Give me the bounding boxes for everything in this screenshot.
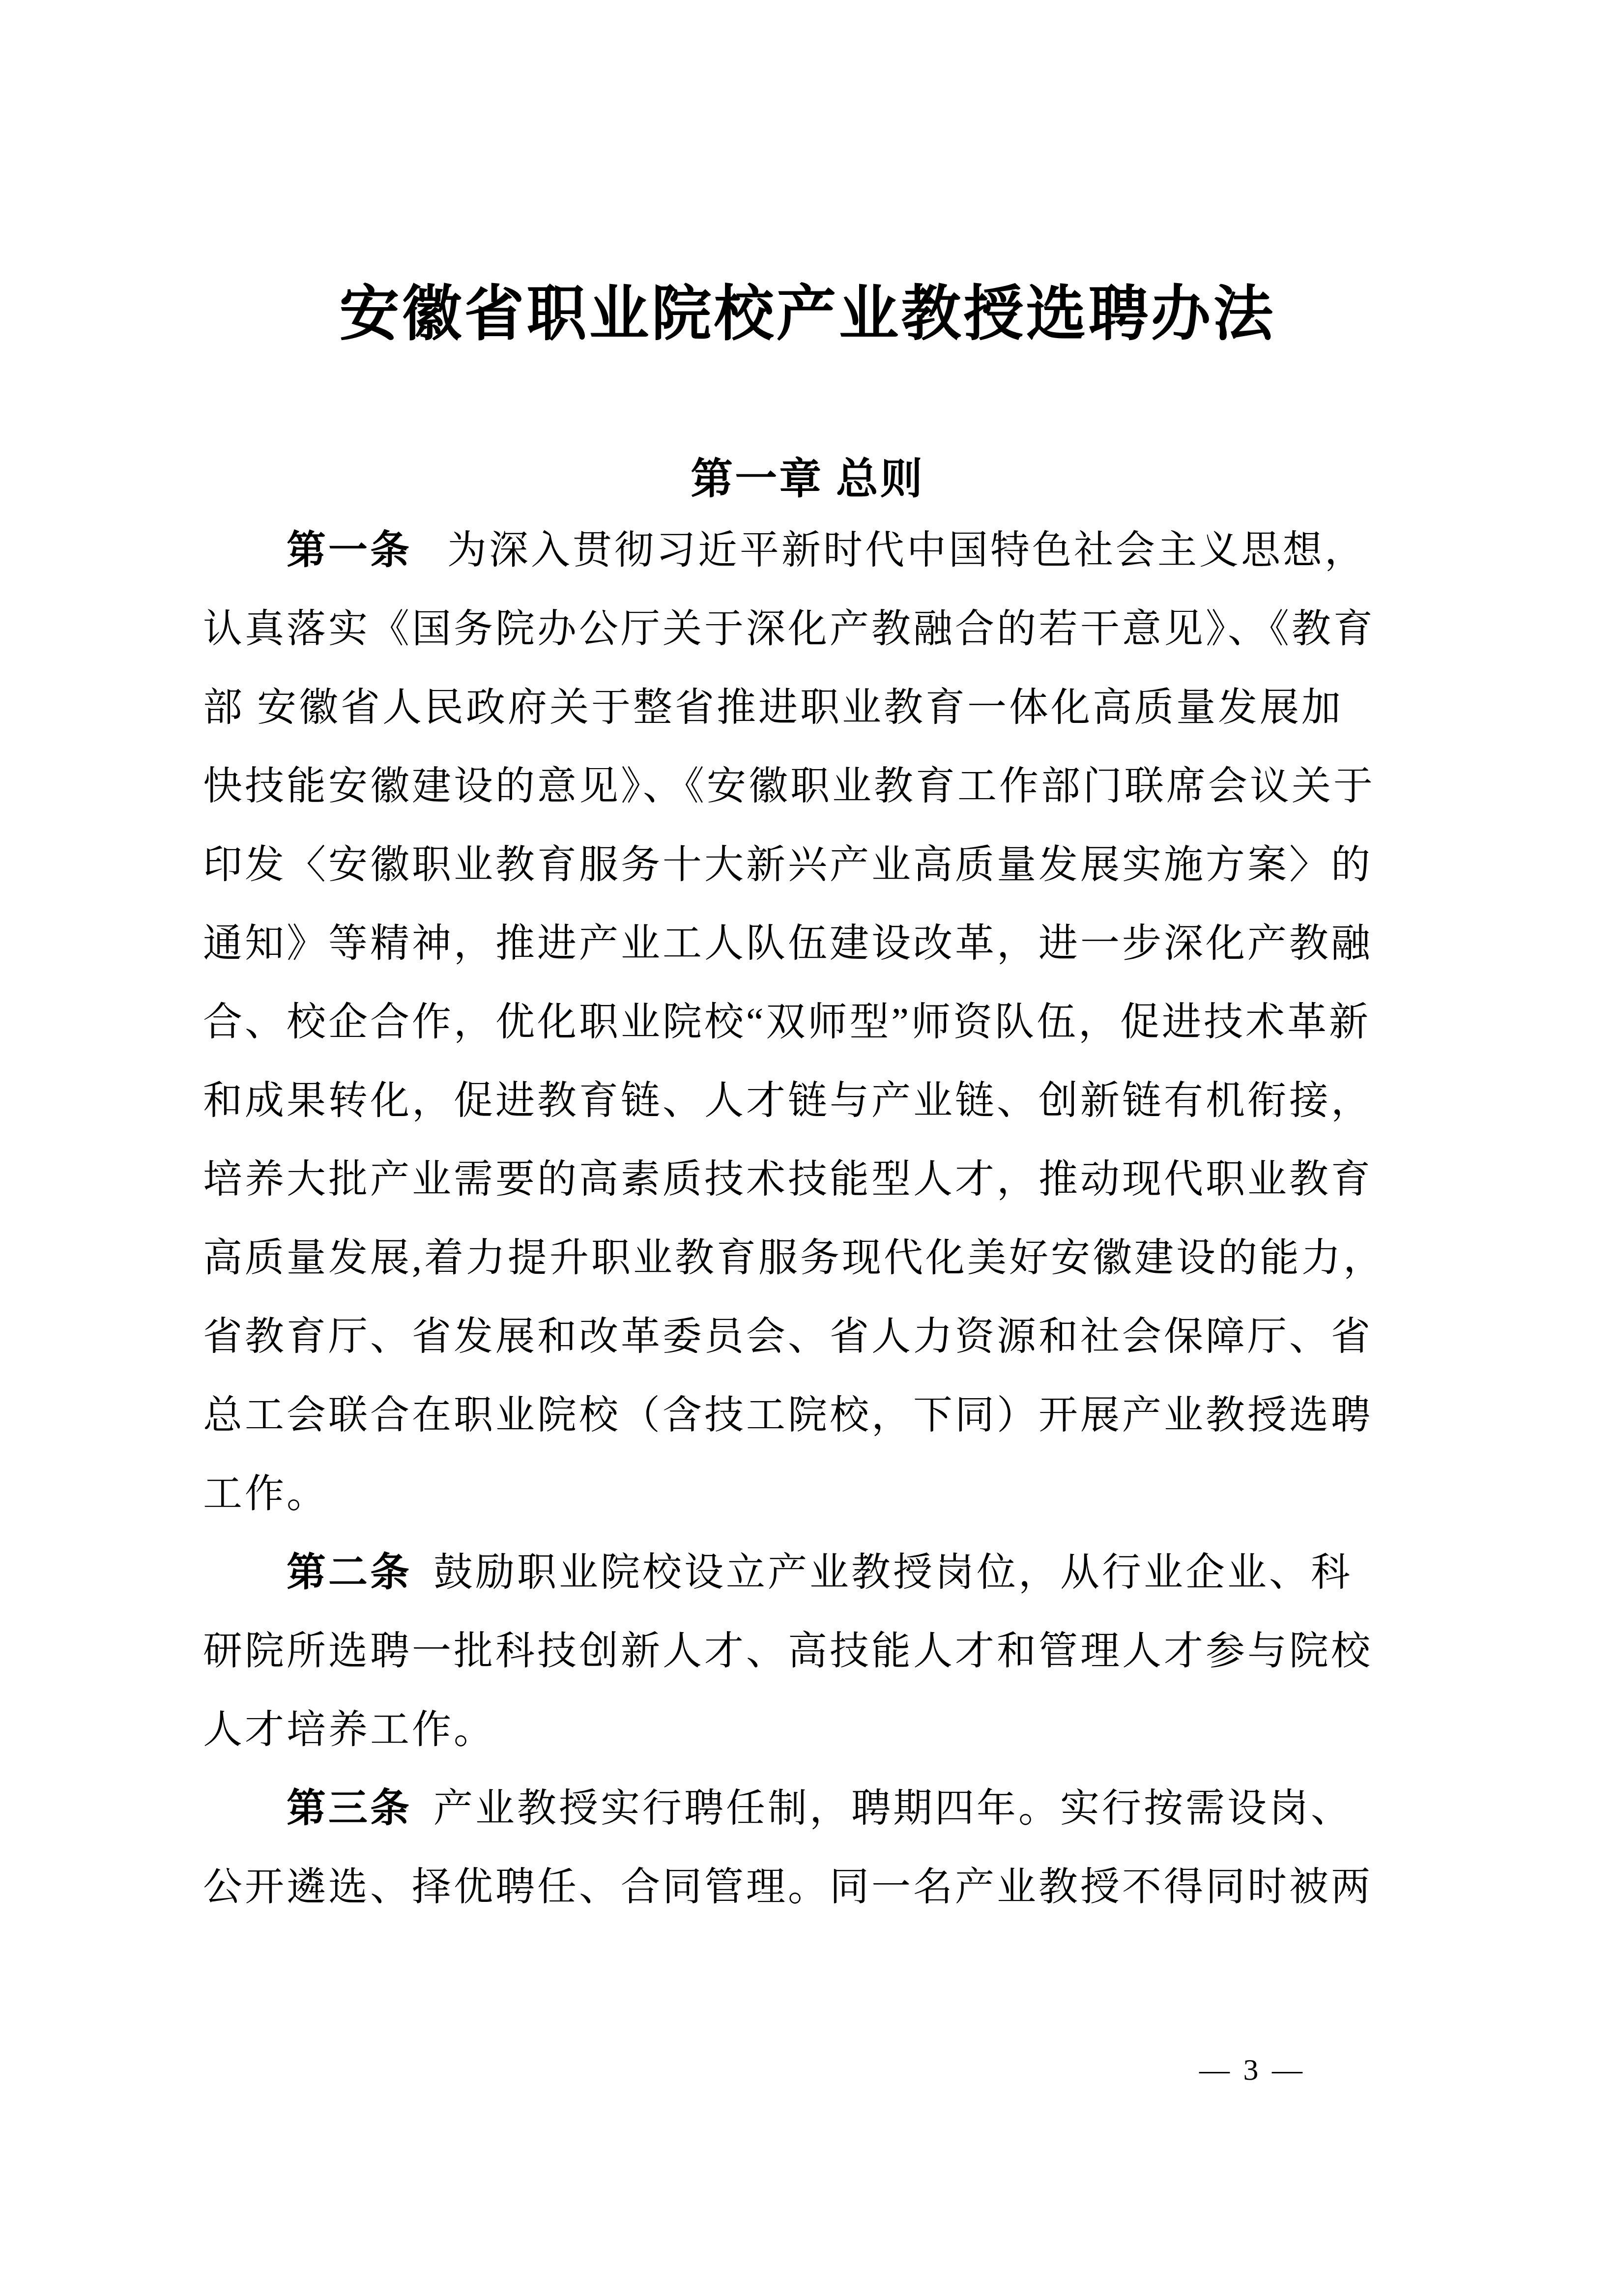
body-line: 合、校企合作，优化职业院校“双师型”师资队伍，促进技术革新 xyxy=(203,983,1417,1062)
body-line: 工作。 xyxy=(203,1455,1417,1533)
body-line: 公开遴选、择优聘任、合同管理。同一名产业教授不得同时被两 xyxy=(203,1848,1417,1926)
page-number: — 3 — xyxy=(1199,2050,1305,2090)
body-line: 第三条产业教授实行聘任制，聘期四年。实行按需设岗、 xyxy=(203,1769,1417,1848)
article-lead-text: 鼓励职业院校设立产业教授岗位，从行业企业、科 xyxy=(433,1551,1353,1594)
body-line: 快技能安徽建设的意见》、《安徽职业教育工作部门联席会议关于 xyxy=(203,747,1417,826)
article-label: 第二条 xyxy=(287,1551,412,1594)
body-line: 印发〈安徽职业教育服务十大新兴产业高质量发展实施方案〉的 xyxy=(203,826,1417,904)
body-line: 和成果转化，促进教育链、人才链与产业链、创新链有机衔接， xyxy=(203,1062,1417,1140)
document-body: 第一条为深入贯彻习近平新时代中国特色社会主义思想， 认真落实《国务院办公厅关于深… xyxy=(203,511,1417,1926)
body-line: 培养大批产业需要的高素质技术技能型人才，推动现代职业教育 xyxy=(203,1140,1417,1219)
body-line: 认真落实《国务院办公厅关于深化产教融合的若干意见》、《教育 xyxy=(203,590,1417,668)
article-1: 第一条为深入贯彻习近平新时代中国特色社会主义思想， 认真落实《国务院办公厅关于深… xyxy=(203,511,1417,1533)
article-lead-text: 产业教授实行聘任制，聘期四年。实行按需设岗、 xyxy=(433,1787,1353,1830)
article-label: 第三条 xyxy=(287,1787,412,1830)
article-2: 第二条鼓励职业院校设立产业教授岗位，从行业企业、科 研院所选聘一批科技创新人才、… xyxy=(203,1533,1417,1769)
body-line: 高质量发展,着力提升职业教育服务现代化美好安徽建设的能力， xyxy=(203,1219,1417,1297)
body-line: 人才培养工作。 xyxy=(203,1691,1417,1769)
body-line: 研院所选聘一批科技创新人才、高技能人才和管理人才参与院校 xyxy=(203,1612,1417,1691)
document-title: 安徽省职业院校产业教授选聘办法 xyxy=(0,265,1615,351)
chapter-heading: 第一章 总则 xyxy=(0,445,1615,506)
body-line: 第一条为深入贯彻习近平新时代中国特色社会主义思想， xyxy=(203,511,1417,590)
body-line: 通知》等精神，推进产业工人队伍建设改革，进一步深化产教融 xyxy=(203,904,1417,983)
body-line: 省教育厅、省发展和改革委员会、省人力资源和社会保障厅、省 xyxy=(203,1297,1417,1376)
body-line: 第二条鼓励职业院校设立产业教授岗位，从行业企业、科 xyxy=(203,1533,1417,1612)
body-line: 部 安徽省人民政府关于整省推进职业教育一体化高质量发展加 xyxy=(203,668,1417,747)
body-line: 总工会联合在职业院校（含技工院校，下同）开展产业教授选聘 xyxy=(203,1376,1417,1455)
document-page: 安徽省职业院校产业教授选聘办法 第一章 总则 第一条为深入贯彻习近平新时代中国特… xyxy=(0,0,1615,2296)
article-lead-text: 为深入贯彻习近平新时代中国特色社会主义思想， xyxy=(447,529,1366,572)
article-3: 第三条产业教授实行聘任制，聘期四年。实行按需设岗、 公开遴选、择优聘任、合同管理… xyxy=(203,1769,1417,1926)
article-label: 第一条 xyxy=(287,529,412,572)
